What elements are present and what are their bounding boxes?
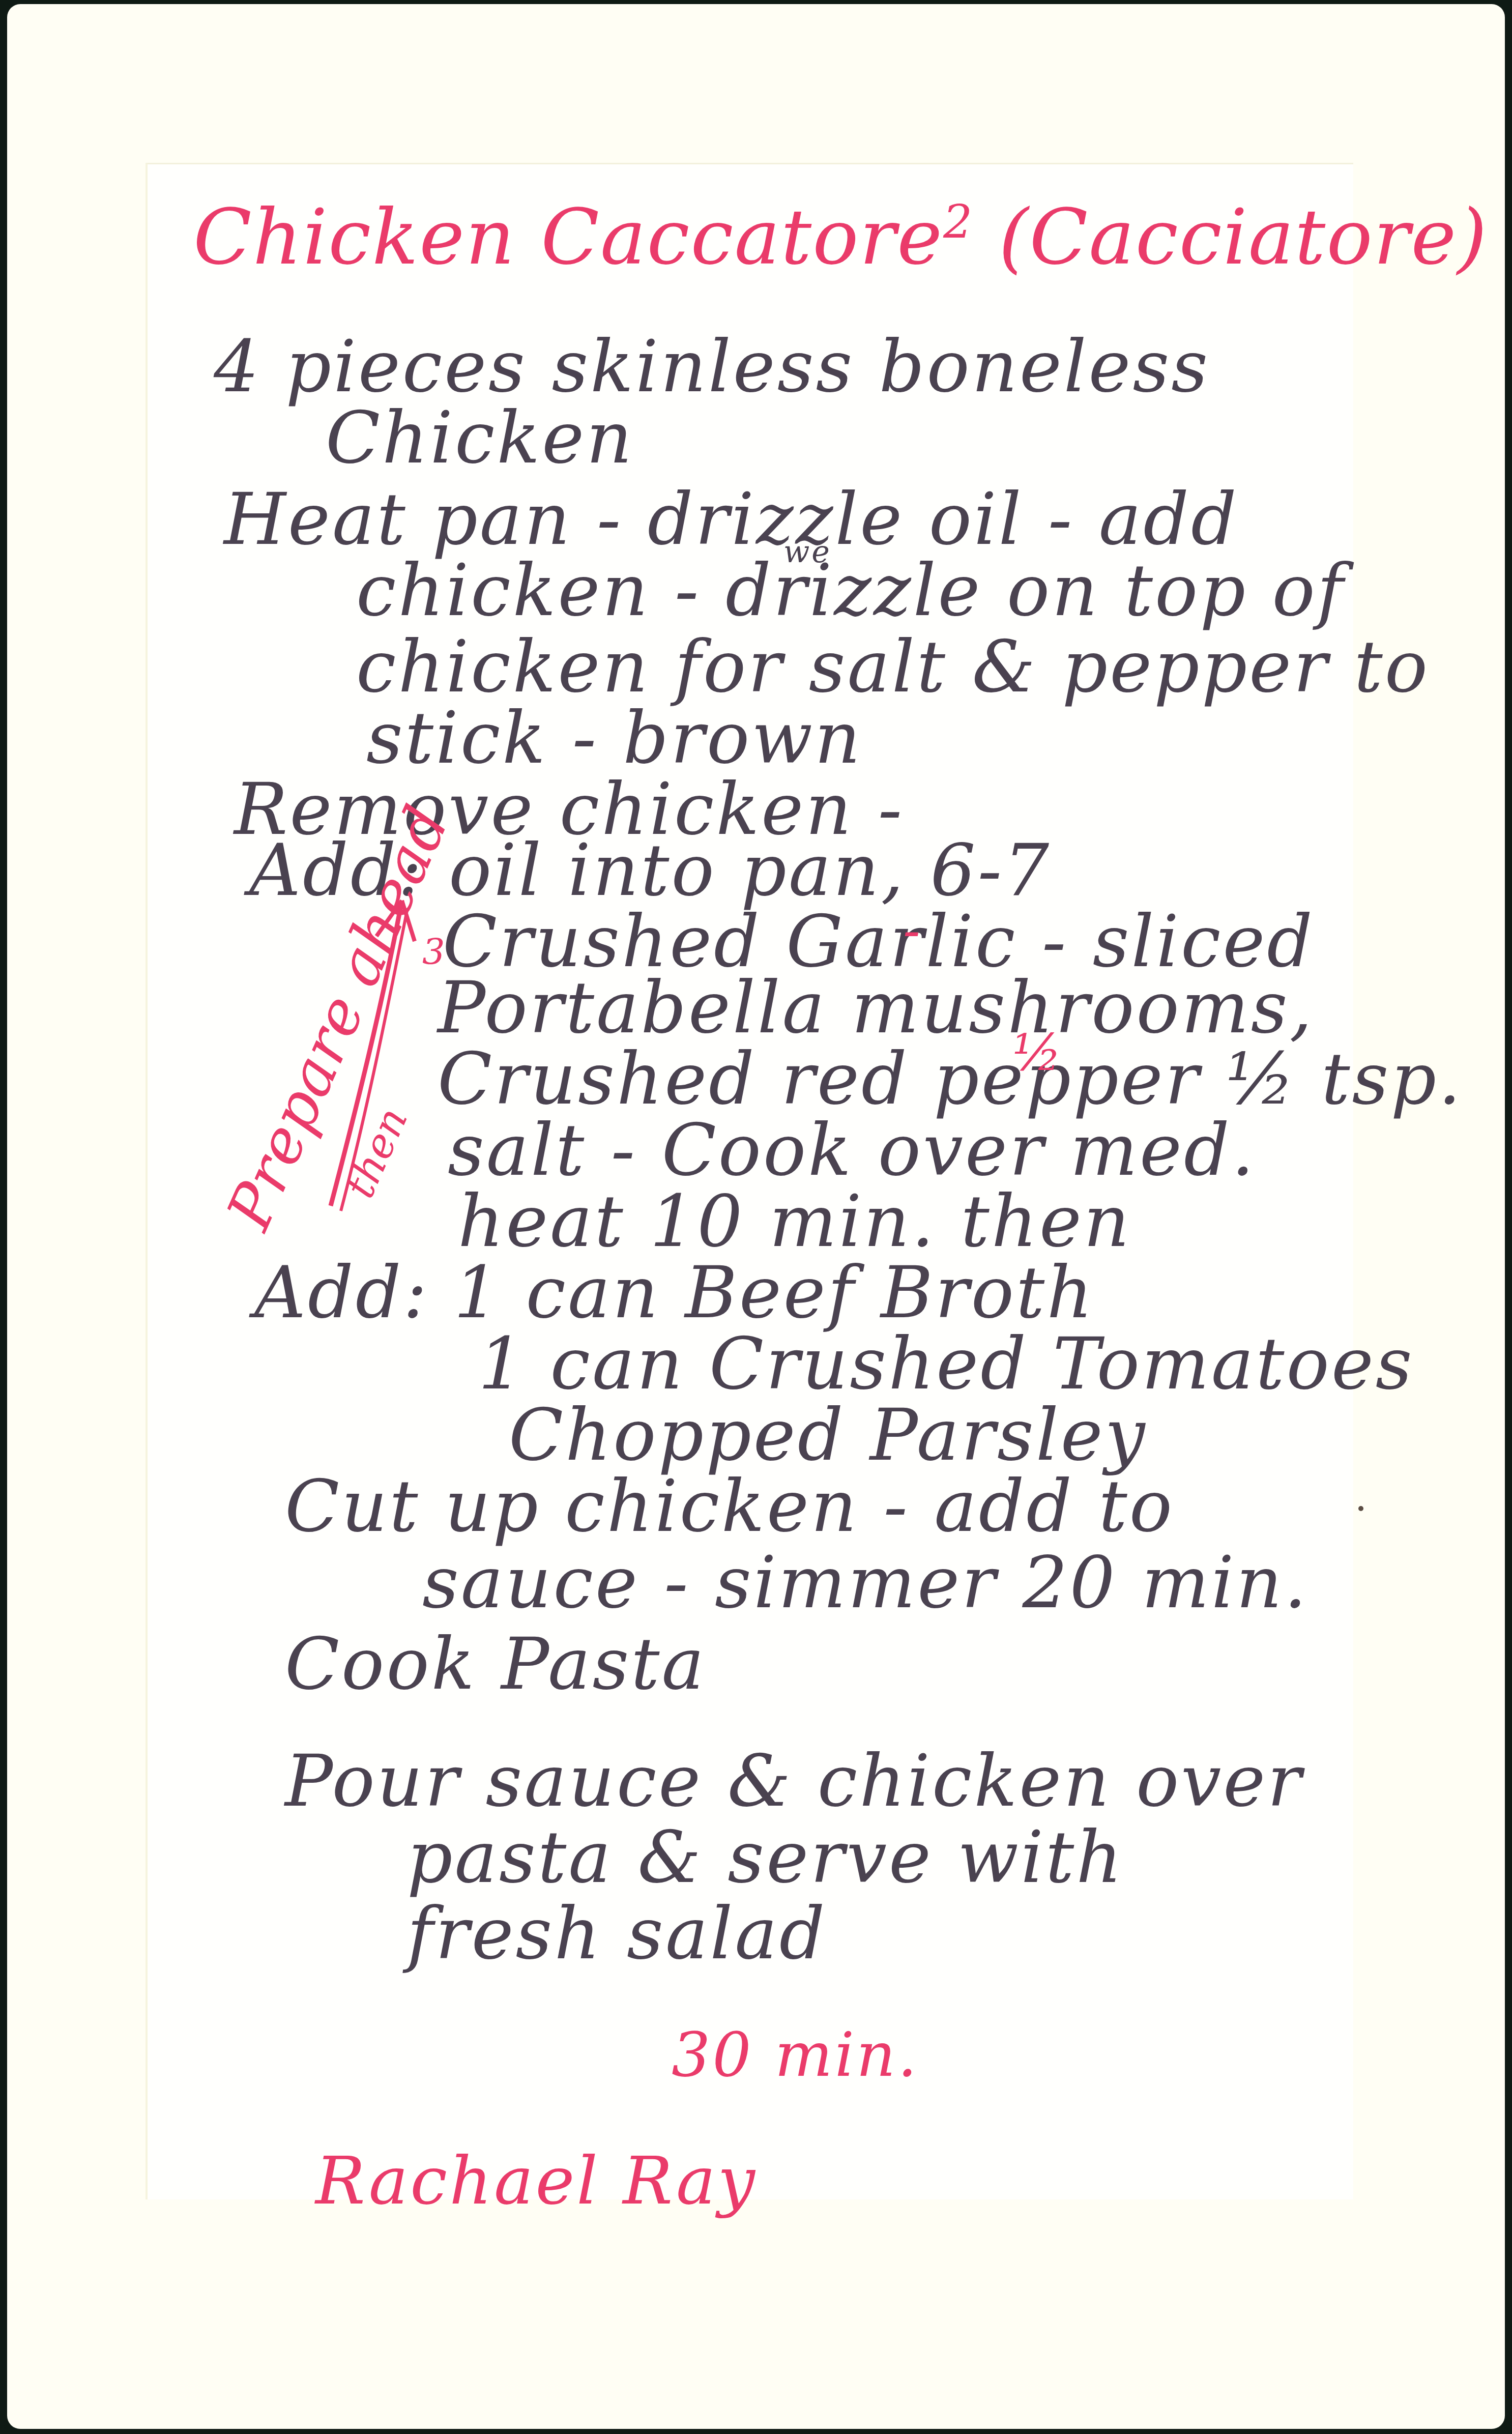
instruction-line: heat 10 min. then xyxy=(458,1180,1131,1263)
title-correction-mark: 2 xyxy=(943,195,973,249)
attribution: Rachael Ray xyxy=(315,2142,757,2219)
instruction-line: Cut up chicken - add to xyxy=(285,1465,1174,1548)
instruction-line: salt - Cook over med. xyxy=(448,1109,1256,1192)
ingredient-line: Crushed red pepper ½ tsp. xyxy=(438,1038,1463,1121)
instruction-line: fresh salad xyxy=(407,1893,827,1976)
ingredient-line: 1 can Crushed Tomatoes xyxy=(478,1323,1414,1406)
mushroom-count-annotation: 3 xyxy=(422,931,445,973)
title-paren: (Cacciatore) xyxy=(999,193,1488,282)
title-text: Chicken Caccatore xyxy=(193,193,943,282)
instruction-line: Heat pan - drizzle oil - add xyxy=(224,478,1239,561)
ingredient-line: Chicken xyxy=(326,397,634,480)
instruction-line: chicken - drizzle on top of xyxy=(356,549,1346,632)
instruction-line: pasta & serve with xyxy=(407,1816,1124,1899)
ingredient-line: 4 pieces skinless boneless xyxy=(214,326,1210,409)
paper-speck xyxy=(1358,1506,1363,1511)
inserted-word: we xyxy=(783,534,832,570)
instruction-line: sauce - simmer 20 min. xyxy=(422,1542,1309,1625)
pepper-amount-annotation: ½ xyxy=(1012,1023,1062,1082)
instruction-line: Pour sauce & chicken over xyxy=(285,1740,1303,1823)
total-time: 30 min. xyxy=(672,2020,919,2091)
ingredient-line: Portabella mushrooms, xyxy=(438,967,1314,1050)
recipe-title: Chicken Caccatore2 (Cacciatore) xyxy=(193,193,1488,282)
instruction-line: chicken for salt & pepper to xyxy=(356,626,1430,709)
instruction-line: Cook Pasta xyxy=(285,1623,706,1706)
red-dash-mark: - xyxy=(903,901,920,960)
instruction-line: stick - brown xyxy=(366,697,862,780)
ingredient-line: Chopped Parsley xyxy=(509,1394,1147,1477)
ingredient-line: Add: 1 can Beef Broth xyxy=(254,1252,1095,1335)
